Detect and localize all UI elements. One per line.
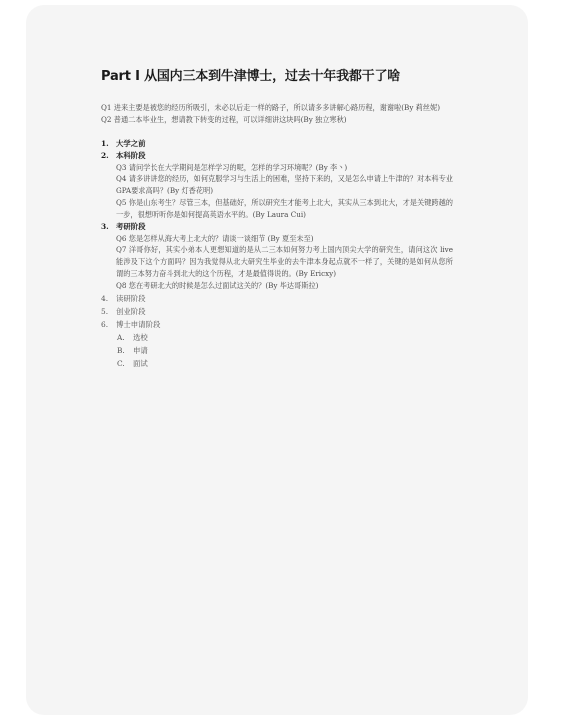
section-4: 4. 读研阶段 [101,292,453,305]
subitem-label: 申请 [117,344,453,357]
section-label: 大学之前 [101,138,453,150]
question-q5: Q5 你是山东考生？尽管三本，但基础好，所以研究生才能考上北大，其实从三本到北大… [116,197,453,221]
section-2-questions: Q3 请问学长在大学期间是怎样学习的呢，怎样的学习环境呢？(By 李丶) Q4 … [101,162,453,221]
section-number: 1. [101,138,115,150]
subitem-b: B. 申请 [117,344,453,357]
section-label: 本科阶段 [101,150,453,162]
question-q8: Q8 您在考研北大的时候是怎么过面试这关的？(By 毕达哥斯拉) [116,280,453,292]
section-number: 6. [101,318,115,331]
document-body: Part I 从国内三本到牛津博士，过去十年我都干了啥 Q1 进来主要是被您的经… [101,68,453,370]
section-1: 1. 大学之前 [101,138,453,150]
section-number: 5. [101,305,115,318]
section-2: 2. 本科阶段 [101,150,453,162]
section-number: 4. [101,292,115,305]
subitem-a: A. 选校 [117,331,453,344]
section-label: 读研阶段 [101,292,453,305]
subitem-label: 面试 [117,357,453,370]
document-title: Part I 从国内三本到牛津博士，过去十年我都干了啥 [101,68,453,86]
subitem-letter: A. [117,331,125,344]
subitem-label: 选校 [117,331,453,344]
question-q2: Q2 普通二本毕业生，想请教下转变的过程，可以详细讲这块吗(By 独立寒秋) [101,114,453,126]
section-label: 创业阶段 [101,305,453,318]
section-label: 博士申请阶段 [101,318,453,331]
question-q4: Q4 请多讲讲您的经历，如何克服学习与生活上的困难，坚持下来的，又是怎么申请上牛… [116,173,453,197]
question-q3: Q3 请问学长在大学期间是怎样学习的呢，怎样的学习环境呢？(By 李丶) [116,162,453,174]
section-number: 2. [101,150,115,162]
section-6-subitems: A. 选校 B. 申请 C. 面试 [101,331,453,370]
subitem-letter: B. [117,344,125,357]
section-3: 3. 考研阶段 [101,221,453,233]
question-q6: Q6 您是怎样从海大考上北大的？请谈一谈细节 (By 夏至未至) [116,233,453,245]
section-label: 考研阶段 [101,221,453,233]
section-3-questions: Q6 您是怎样从海大考上北大的？请谈一谈细节 (By 夏至未至) Q7 洋哥你好… [101,233,453,292]
subitem-c: C. 面试 [117,357,453,370]
intro-questions: Q1 进来主要是被您的经历所吸引，未必以后走一样的路子，所以请多多讲解心路历程，… [101,102,453,126]
question-q1: Q1 进来主要是被您的经历所吸引，未必以后走一样的路子，所以请多多讲解心路历程，… [101,102,453,114]
question-q7: Q7 洋哥你好，其实小弟本人更想知道的是从二三本如何努力考上国内顶尖大学的研究生… [116,244,453,279]
section-6: 6. 博士申请阶段 [101,318,453,331]
section-number: 3. [101,221,115,233]
section-5: 5. 创业阶段 [101,305,453,318]
subitem-letter: C. [117,357,125,370]
